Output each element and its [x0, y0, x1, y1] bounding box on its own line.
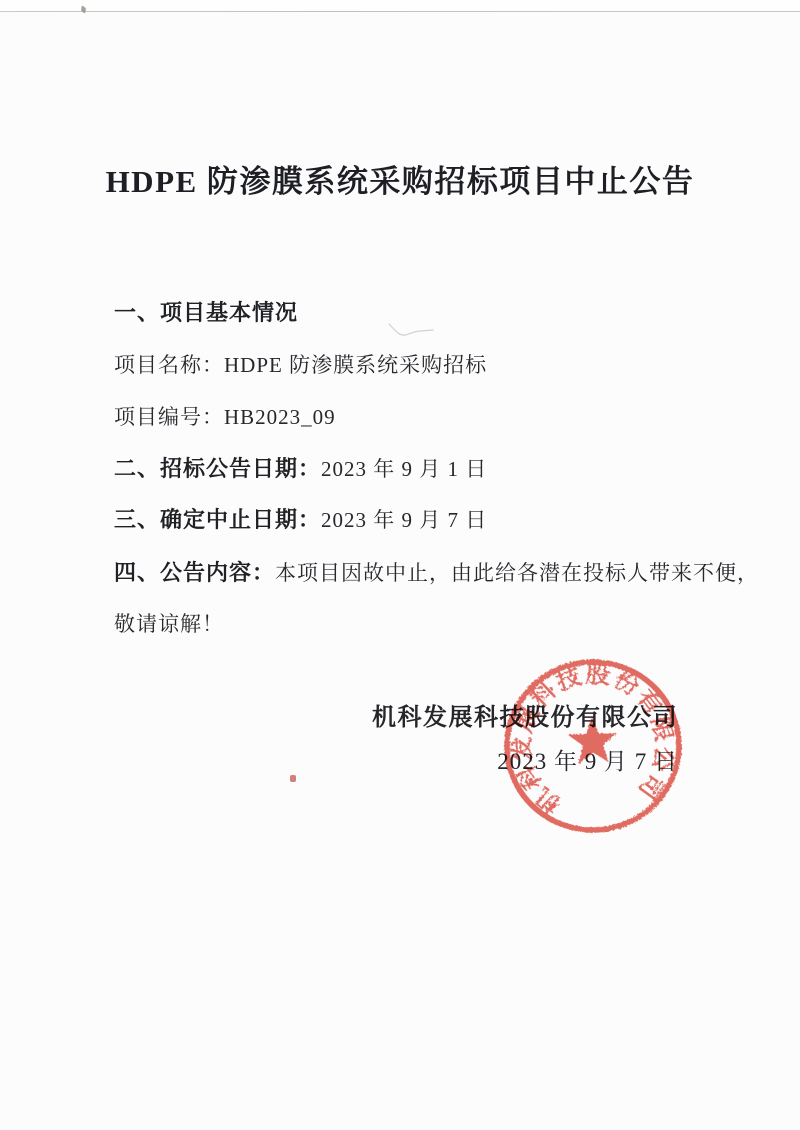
scan-edge-line	[0, 11, 800, 12]
signature-date: 2023 年 9 月 7 日	[497, 743, 678, 776]
project-number-value: HB2023_09	[224, 405, 336, 429]
scan-top-strip	[0, 0, 800, 11]
project-name-line: 项目名称：HDPE 防渗膜系统采购招标	[114, 349, 487, 379]
project-number-label: 项目编号：	[114, 405, 224, 429]
document-title: HDPE 防渗膜系统采购招标项目中止公告	[0, 156, 800, 201]
section2-line: 二、招标公告日期：2023 年 9 月 1 日	[114, 452, 487, 483]
section4-line2: 敬请谅解！	[114, 608, 224, 638]
project-name-label: 项目名称：	[114, 353, 224, 377]
section3-label: 三、确定中止日期：	[114, 507, 321, 532]
section4-value: 本项目因故中止，由此给各潜在投标人带来不便，	[275, 561, 759, 585]
section4-line1: 四、公告内容：本项目因故中止，由此给各潜在投标人带来不便，	[114, 556, 759, 587]
red-ink-speck	[290, 775, 296, 782]
signature-company: 机科发展科技股份有限公司	[372, 697, 678, 732]
section1-heading: 一、项目基本情况	[114, 296, 298, 327]
section3-line: 三、确定中止日期：2023 年 9 月 7 日	[114, 503, 487, 534]
faint-pencil-mark	[383, 320, 438, 344]
section2-label: 二、招标公告日期：	[114, 456, 321, 481]
section3-value: 2023 年 9 月 7 日	[321, 508, 487, 532]
project-name-value: HDPE 防渗膜系统采购招标	[224, 353, 487, 377]
project-number-line: 项目编号：HB2023_09	[114, 401, 336, 431]
section2-value: 2023 年 9 月 1 日	[321, 457, 487, 481]
seal-ring-text: 机科发展科技股份有限公司	[505, 658, 680, 820]
section4-label: 四、公告内容：	[114, 560, 275, 585]
